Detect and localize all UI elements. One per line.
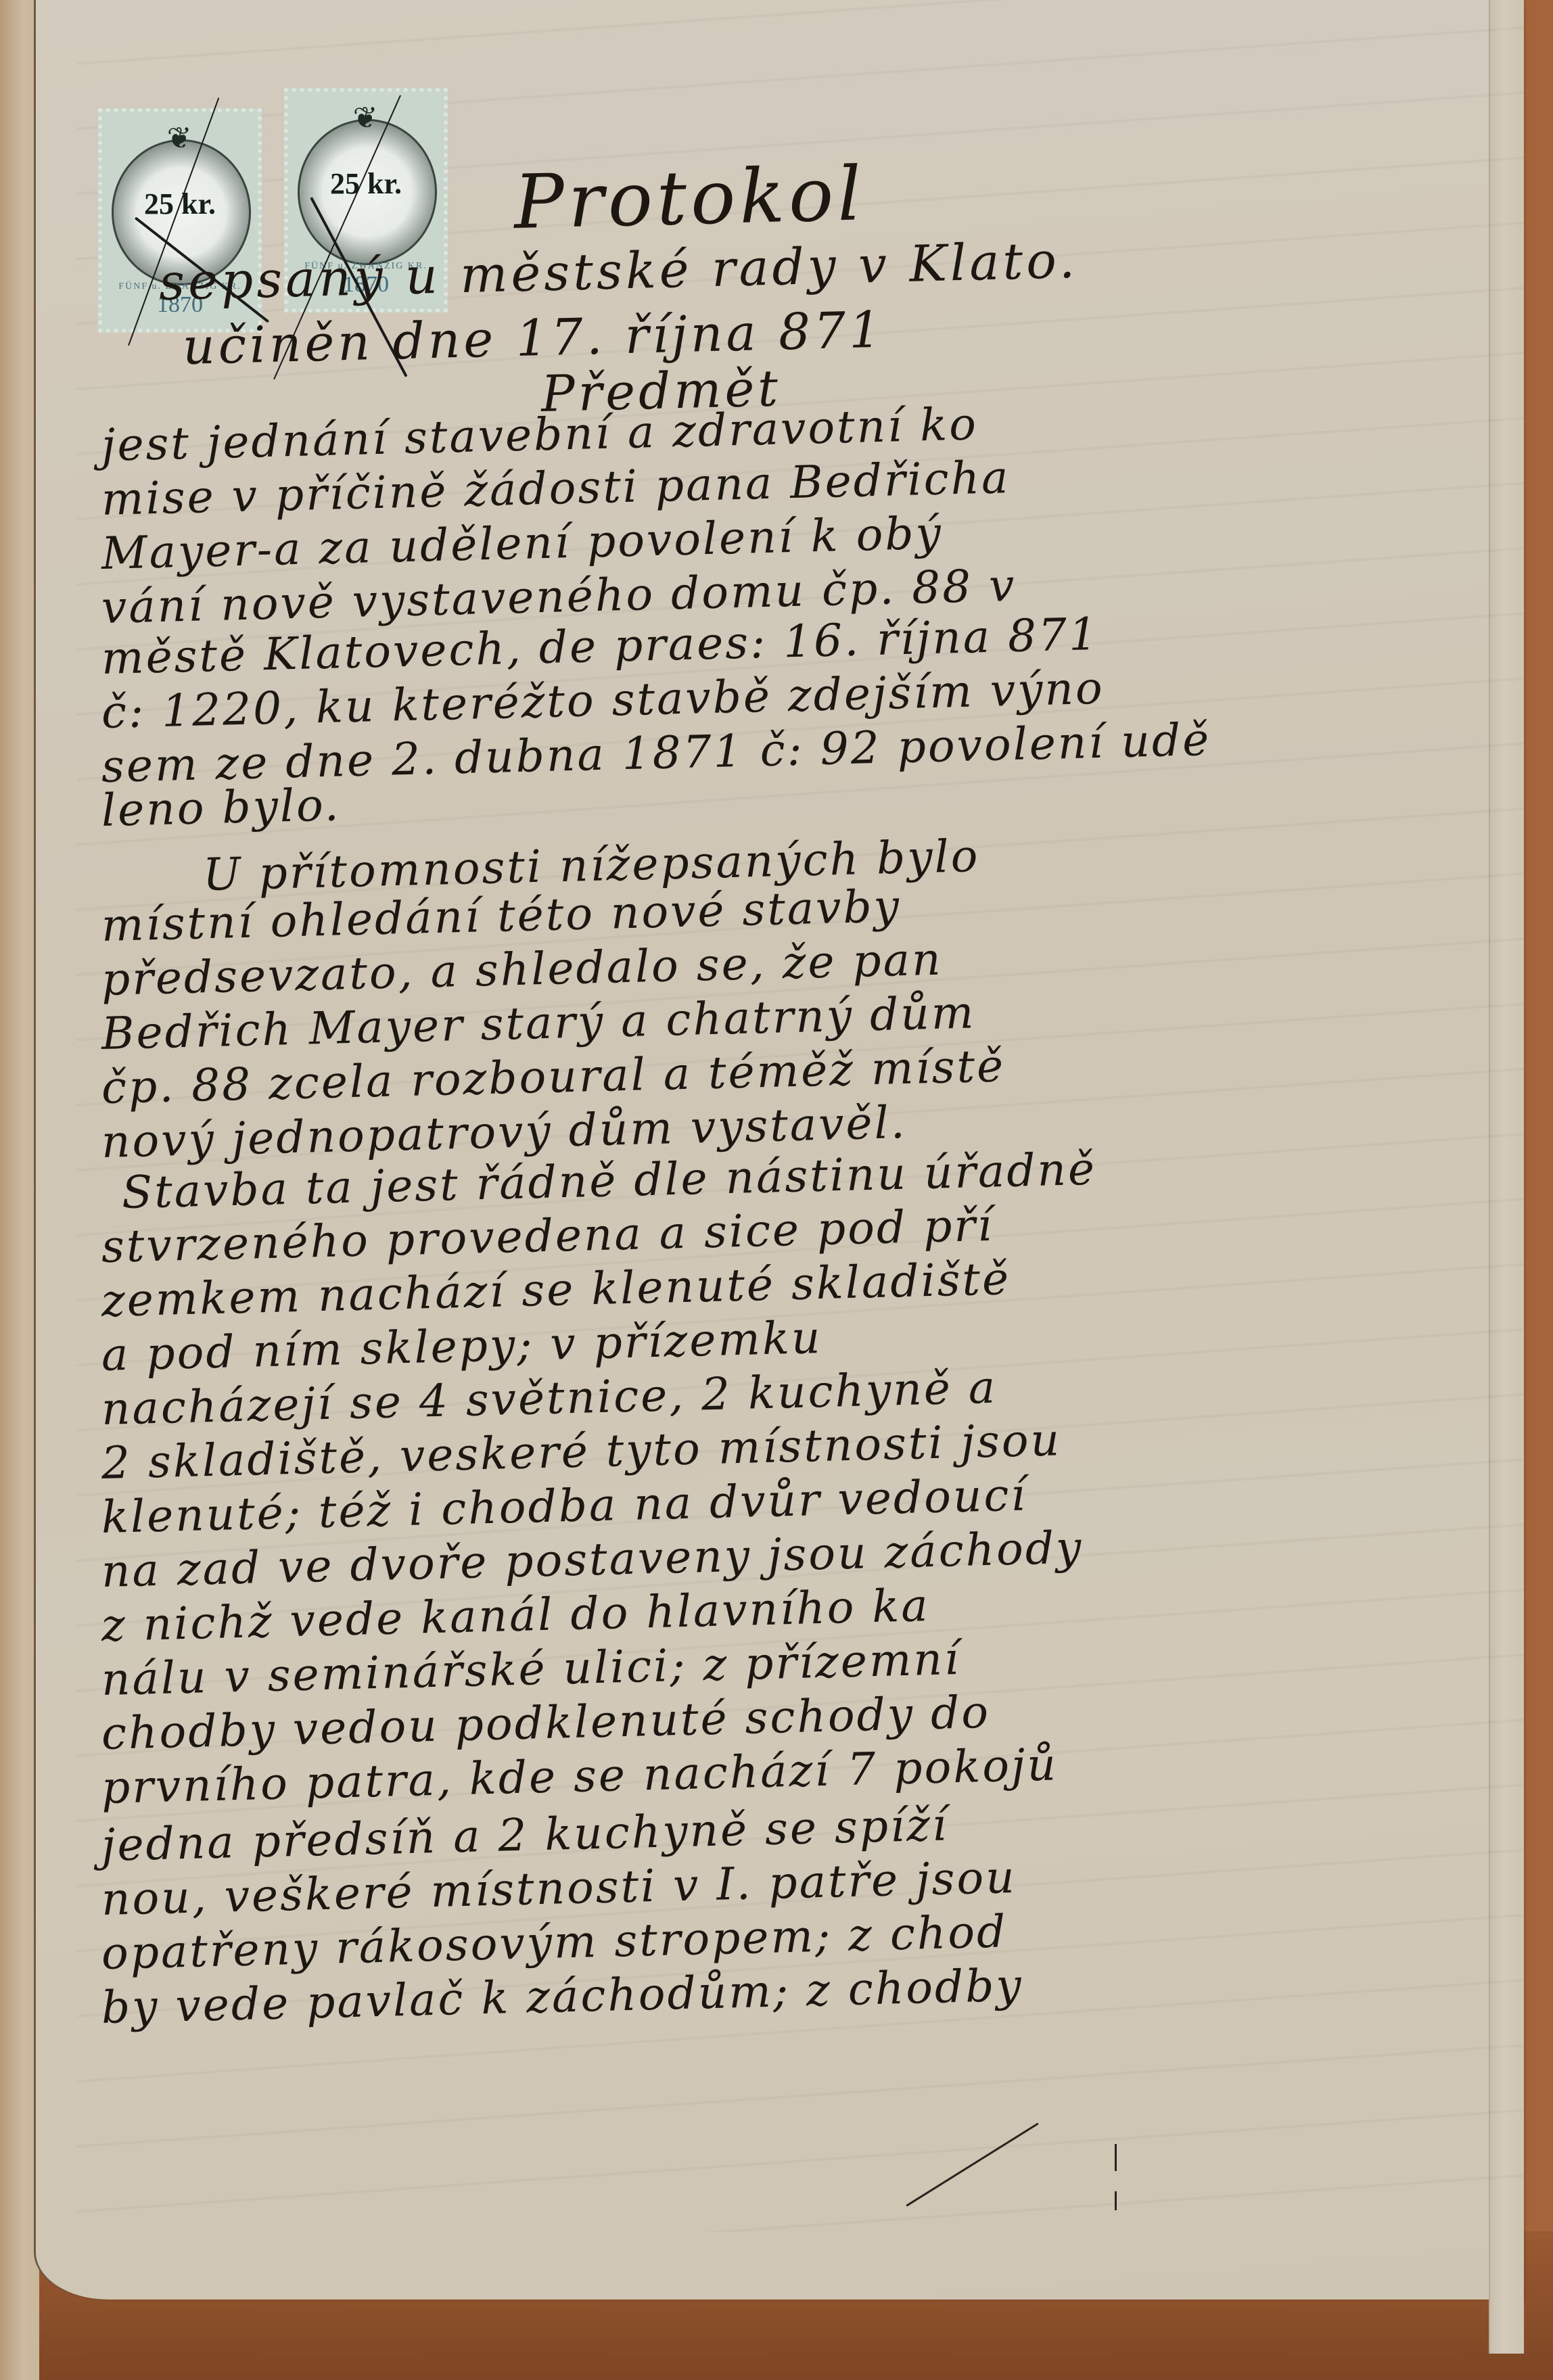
- flourish-mark: [1115, 2191, 1117, 2210]
- double-headed-eagle-icon: ❦: [346, 101, 384, 135]
- page-stack-edge: [1489, 0, 1524, 2354]
- document-title: Protokol: [513, 150, 866, 246]
- double-headed-eagle-icon: ❦: [160, 122, 198, 156]
- flourish-mark: [1115, 2144, 1117, 2171]
- body-line: leno bylo.: [101, 778, 341, 837]
